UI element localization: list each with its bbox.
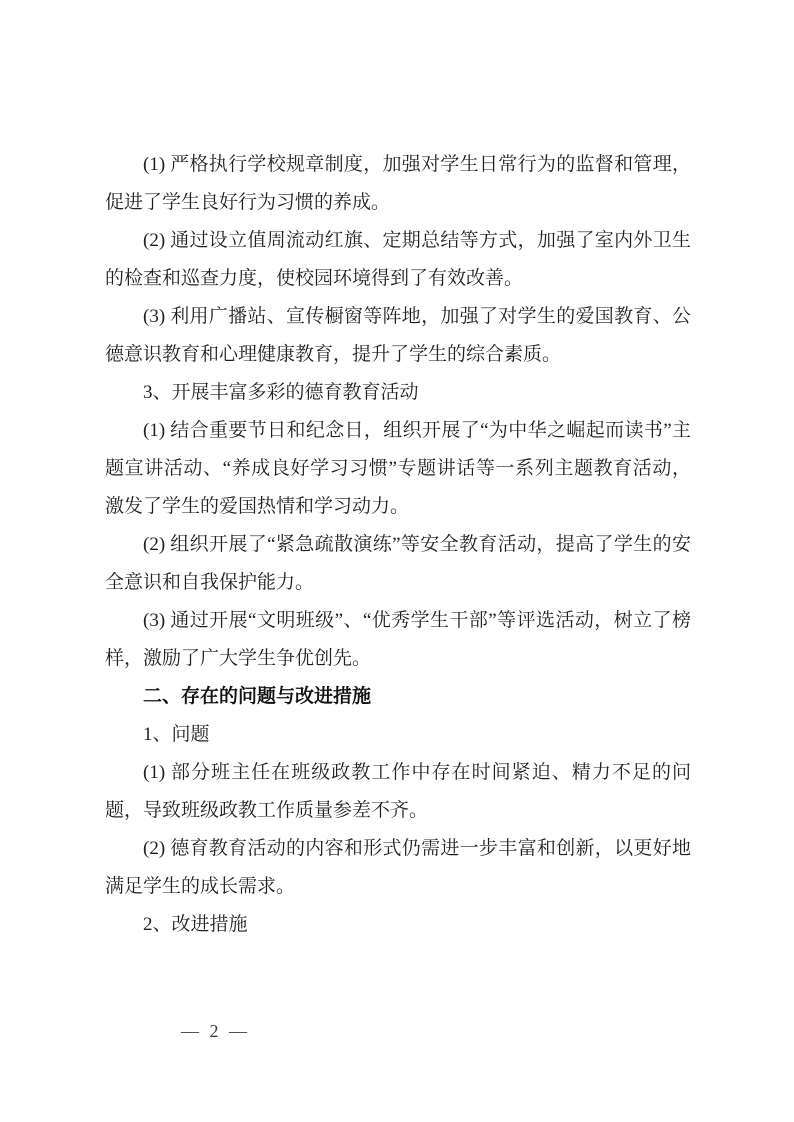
document-paragraph: (1) 结合重要节日和纪念日，组织开展了“为中华之崛起而读书”主题宣讲活动、“养… — [105, 412, 691, 526]
section-heading: 二、存在的问题与改进措施 — [105, 678, 691, 716]
document-subheading: 2、改进措施 — [105, 906, 691, 944]
document-paragraph: (1) 部分班主任在班级政教工作中存在时间紧迫、精力不足的问题，导致班级政教工作… — [105, 754, 691, 830]
document-subheading: 3、开展丰富多彩的德育教育活动 — [105, 374, 691, 412]
page-number: — 2 — — [181, 1018, 250, 1044]
document-paragraph: (2) 德育教育活动的内容和形式仍需进一步丰富和创新，以更好地满足学生的成长需求… — [105, 830, 691, 906]
document-subheading: 1、问题 — [105, 716, 691, 754]
document-paragraph: (2) 通过设立值周流动红旗、定期总结等方式，加强了室内外卫生的检查和巡查力度，… — [105, 222, 691, 298]
document-paragraph: (3) 通过开展“文明班级”、“优秀学生干部”等评选活动，树立了榜样，激励了广大… — [105, 602, 691, 678]
document-paragraph: (3) 利用广播站、宣传橱窗等阵地，加强了对学生的爱国教育、公德意识教育和心理健… — [105, 298, 691, 374]
document-page: (1) 严格执行学校规章制度，加强对学生日常行为的监督和管理，促进了学生良好行为… — [0, 0, 794, 1122]
document-body: (1) 严格执行学校规章制度，加强对学生日常行为的监督和管理，促进了学生良好行为… — [105, 146, 691, 944]
document-paragraph: (2) 组织开展了“紧急疏散演练”等安全教育活动，提高了学生的安全意识和自我保护… — [105, 526, 691, 602]
document-paragraph: (1) 严格执行学校规章制度，加强对学生日常行为的监督和管理，促进了学生良好行为… — [105, 146, 691, 222]
